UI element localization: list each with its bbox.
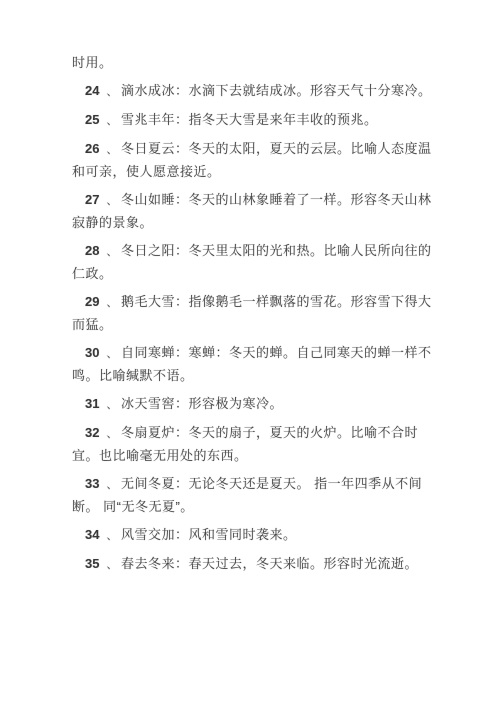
idiom-term: 自同寒蝉 bbox=[121, 345, 175, 360]
idiom-term: 无间冬夏 bbox=[121, 476, 175, 491]
item-number: 31 bbox=[85, 396, 99, 411]
item-number: 25 bbox=[85, 112, 99, 127]
idiom-term: 冬山如睡 bbox=[121, 192, 175, 207]
continuation-text: 时用。 bbox=[72, 52, 440, 74]
idiom-item: 27、冬山如睡：冬天的山林象睡着了一样。形容冬天山林寂静的景象。 bbox=[72, 189, 440, 234]
item-number: 28 bbox=[85, 243, 99, 258]
idiom-item: 32、冬扇夏炉：冬天的扇子，夏天的火炉。比喻不合时宜。也比喻毫无用处的东西。 bbox=[72, 422, 440, 467]
idiom-definition: 风和雪同时袭来。 bbox=[189, 527, 297, 542]
idiom-definition: 春天过去，冬天来临。形容时光流逝。 bbox=[189, 556, 419, 571]
enumeration-comma: 、 bbox=[106, 428, 118, 440]
idiom-item: 31、冰天雪窖：形容极为寒冷。 bbox=[72, 393, 440, 416]
idiom-term: 冬日之阳 bbox=[121, 243, 175, 258]
term-colon: ： bbox=[175, 112, 189, 127]
idiom-term: 春去冬来 bbox=[121, 556, 175, 571]
item-number: 34 bbox=[85, 527, 99, 542]
item-number: 26 bbox=[85, 141, 99, 156]
item-number: 24 bbox=[85, 83, 99, 98]
enumeration-comma: 、 bbox=[106, 479, 118, 491]
enumeration-comma: 、 bbox=[106, 195, 118, 207]
enumeration-comma: 、 bbox=[106, 297, 118, 309]
term-colon: ： bbox=[175, 243, 189, 258]
idiom-item: 25、雪兆丰年：指冬天大雪是来年丰收的预兆。 bbox=[72, 109, 440, 132]
idiom-term: 雪兆丰年 bbox=[121, 112, 175, 127]
term-colon: ： bbox=[175, 527, 189, 542]
term-colon: ： bbox=[175, 141, 189, 156]
idiom-item: 34、风雪交加：风和雪同时袭来。 bbox=[72, 524, 440, 547]
document-page: 时用。 24、滴水成冰：水滴下去就结成冰。形容天气十分寒冷。 25、雪兆丰年：指… bbox=[0, 0, 500, 708]
enumeration-comma: 、 bbox=[106, 86, 118, 98]
term-colon: ： bbox=[175, 396, 189, 411]
term-colon: ： bbox=[175, 425, 189, 440]
enumeration-comma: 、 bbox=[106, 530, 118, 542]
enumeration-comma: 、 bbox=[106, 348, 118, 360]
term-colon: ： bbox=[175, 556, 189, 571]
enumeration-comma: 、 bbox=[106, 559, 118, 571]
term-colon: ： bbox=[175, 345, 189, 360]
term-colon: ： bbox=[175, 192, 189, 207]
idiom-definition: 水滴下去就结成冰。形容天气十分寒冷。 bbox=[189, 83, 432, 98]
term-colon: ： bbox=[175, 294, 189, 309]
idiom-term: 冰天雪窖 bbox=[121, 396, 175, 411]
idiom-item: 29、鹅毛大雪：指像鹅毛一样飘落的雪花。形容雪下得大而猛。 bbox=[72, 291, 440, 336]
idiom-item: 24、滴水成冰：水滴下去就结成冰。形容天气十分寒冷。 bbox=[72, 80, 440, 103]
idiom-term: 风雪交加 bbox=[121, 527, 175, 542]
item-number: 35 bbox=[85, 556, 99, 571]
idiom-item: 35、春去冬来：春天过去，冬天来临。形容时光流逝。 bbox=[72, 553, 440, 576]
idiom-item: 28、冬日之阳：冬天里太阳的光和热。比喻人民所向往的仁政。 bbox=[72, 240, 440, 285]
enumeration-comma: 、 bbox=[106, 144, 118, 156]
item-number: 30 bbox=[85, 345, 99, 360]
term-colon: ： bbox=[175, 83, 189, 98]
item-number: 27 bbox=[85, 192, 99, 207]
idiom-list: 24、滴水成冰：水滴下去就结成冰。形容天气十分寒冷。 25、雪兆丰年：指冬天大雪… bbox=[72, 80, 440, 576]
item-number: 33 bbox=[85, 476, 99, 491]
term-colon: ： bbox=[175, 476, 189, 491]
enumeration-comma: 、 bbox=[106, 399, 118, 411]
idiom-definition: 形容极为寒冷。 bbox=[189, 396, 284, 411]
idiom-term: 滴水成冰 bbox=[121, 83, 175, 98]
idiom-definition: 指冬天大雪是来年丰收的预兆。 bbox=[189, 112, 378, 127]
item-number: 29 bbox=[85, 294, 99, 309]
idiom-item: 30、自同寒蝉：寒蝉：冬天的蝉。自己同寒天的蝉一样不鸣。比喻缄默不语。 bbox=[72, 342, 440, 387]
idiom-item: 33、无间冬夏：无论冬天还是夏天。 指一年四季从不间断。 同“无冬无夏”。 bbox=[72, 473, 440, 518]
idiom-term: 鹅毛大雪 bbox=[121, 294, 175, 309]
idiom-term: 冬扇夏炉 bbox=[121, 425, 175, 440]
idiom-term: 冬日夏云 bbox=[121, 141, 175, 156]
enumeration-comma: 、 bbox=[106, 246, 118, 258]
idiom-item: 26、冬日夏云：冬天的太阳，夏天的云层。比喻人态度温和可亲，使人愿意接近。 bbox=[72, 138, 440, 183]
item-number: 32 bbox=[85, 425, 99, 440]
enumeration-comma: 、 bbox=[106, 115, 118, 127]
